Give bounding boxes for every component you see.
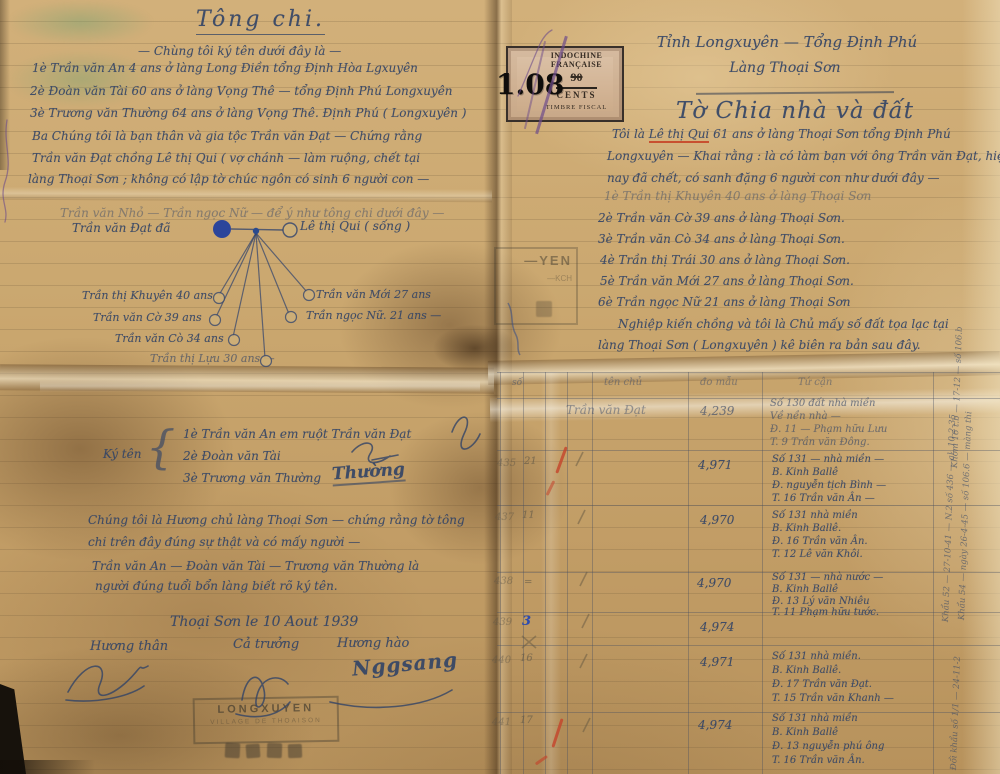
signature-huong-than xyxy=(66,666,148,701)
row7-desc-4: T. 16 Trần văn Ân. xyxy=(772,755,865,766)
row3-desc-3: Đ. 16 Trần văn Ân. xyxy=(772,536,868,547)
row2-sub: 21 xyxy=(524,456,537,467)
body-line-3: làng Thoại Sơn ; không có lập tờ chúc ng… xyxy=(28,172,429,186)
pencil-tick-5 xyxy=(580,654,587,668)
row6-desc-4: T. 15 Trần văn Khanh — xyxy=(772,693,894,704)
left-page-title: Tông chi. xyxy=(196,7,325,35)
row4-desc-2: B. Kinh Ballê xyxy=(772,584,838,595)
row7-desc-3: Đ. 13 nguyễn phú ông xyxy=(772,741,884,752)
child-line-6: 6è Trần ngọc Nữ 21 ans ở làng Thoại Sơn xyxy=(598,295,851,309)
diagram-spouse-line xyxy=(231,229,283,230)
right-page-title: Tờ Chia nhà và đất xyxy=(630,98,960,124)
row3-area: 4,970 xyxy=(700,513,734,527)
table-vline-1 xyxy=(500,372,501,774)
signatory-line-3: 3è Trương văn Thường 64 ans ở làng Vọng … xyxy=(30,106,466,120)
tape-glare-left xyxy=(40,380,480,392)
row2-desc-1: Số 131 — nhà miền — xyxy=(772,454,884,465)
crease-left-upper xyxy=(0,187,492,203)
table-vline-4 xyxy=(567,372,568,774)
certify-line-1: Chúng tôi là Hương chủ làng Thoại Sơn — … xyxy=(88,513,465,527)
ky-ten-item-1: 1è Trần văn An em ruột Trần văn Đạt xyxy=(183,427,411,441)
diagram-junction-dot xyxy=(253,228,259,234)
date-line: Thoại Sơn le 10 Aout 1939 xyxy=(170,614,358,630)
row5-no: 439 xyxy=(493,617,512,628)
partial-stamp-glyph xyxy=(536,301,552,317)
row4-sub: = xyxy=(524,577,532,588)
diagram-child-khuyen: Trần thị Khuyên 40 ans xyxy=(82,289,213,302)
body-line-4: Trần văn Nhỏ — Trần ngọc Nữ — để ý như t… xyxy=(60,206,444,220)
diagram-child-circle-5 xyxy=(304,290,315,301)
certify-line-2: chi trên đây đúng sự thật và có mấy ngườ… xyxy=(88,535,360,549)
pencil-tick-1 xyxy=(576,452,583,466)
table-vline-7 xyxy=(762,372,763,774)
tape-glare-vertical xyxy=(541,372,561,774)
signatory-line-1: 1è Trần văn An 4 ans ở làng Long Điền tổ… xyxy=(32,61,418,75)
child-line-3: 3è Trần văn Cò 34 ans ở làng Thoại Sơn. xyxy=(598,232,845,246)
right-header-province: Tỉnh Longxuyên — Tổng Định Phú xyxy=(612,33,962,51)
diagram-mother-circle xyxy=(283,223,297,237)
table-header-no: số xyxy=(512,378,522,388)
pencil-tick-6 xyxy=(583,718,590,732)
village-stamp-line1: LONGXUYEN xyxy=(195,702,337,716)
official-huong-than: Hương thân xyxy=(90,639,168,654)
row6-desc-3: Đ. 17 Trần văn Đạt. xyxy=(772,679,872,690)
diagram-child-circle-6 xyxy=(286,312,297,323)
declaration-line-1-pre: Tôi là xyxy=(612,127,649,141)
ink-paraph xyxy=(452,417,480,449)
right-header-village: Làng Thoại Sơn xyxy=(665,60,905,76)
diagram-mother-label: Lê thị Qui ( sống ) xyxy=(300,219,410,233)
pencil-x-mark xyxy=(522,636,536,648)
ky-ten-label: Ký tên xyxy=(103,447,141,461)
signature-thuong: Thường xyxy=(331,459,405,486)
partial-stamp-fold: —YEN —KCH xyxy=(494,247,578,325)
table-hline-3 xyxy=(497,505,1000,506)
village-stamp: LONGXUYEN VILLAGE DE THOAISON xyxy=(193,696,340,745)
diagram-child-nu: Trần ngọc Nữ. 21 ans — xyxy=(306,309,441,322)
table-vline-5 xyxy=(592,372,593,774)
row2-desc-4: T. 16 Trần văn Ân — xyxy=(772,493,875,504)
purple-edge-scribble xyxy=(3,120,8,222)
table-header-bounds: Tứ cận xyxy=(798,377,832,388)
ky-ten-brace: { xyxy=(146,420,175,474)
body-line-2: Trần văn Đạt chồng Lê thị Qui ( vợ chánh… xyxy=(32,151,420,165)
ky-ten-item-2: 2è Đoàn văn Tài xyxy=(183,449,281,463)
row2-area: 4,971 xyxy=(698,458,732,472)
diagram-line-khuyen xyxy=(219,233,256,295)
signature-flourish xyxy=(330,690,452,707)
row3-desc-1: Số 131 nhà miền xyxy=(772,510,858,521)
diagram-child-co39: Trần văn Cờ 39 ans xyxy=(93,311,202,324)
certify-line-3: Trần văn An — Đoàn văn Tài — Trương văn … xyxy=(92,559,419,573)
row4-desc-1: Số 131 — nhà nước — xyxy=(772,572,883,583)
row4-desc-4: T. 11 Phạm hữu tước. xyxy=(772,607,879,618)
row3-desc-4: T. 12 Lê văn Khôi. xyxy=(772,549,863,560)
body-line-1: Ba Chúng tôi là bạn thân và gia tộc Trần… xyxy=(32,129,422,143)
row6-desc-1: Số 131 nhà miền. xyxy=(772,651,861,662)
row3-desc-2: B. Kinh Ballê. xyxy=(772,523,841,534)
table-hline-2 xyxy=(497,450,1000,451)
table-vline-3 xyxy=(545,372,546,774)
row5-area: 4,974 xyxy=(700,620,734,634)
row7-area: 4,974 xyxy=(698,718,732,732)
row2-desc-2: B. Kinh Ballê xyxy=(772,467,838,478)
document-scan: Tông chi. — Chùng tôi ký tên dưới đây là… xyxy=(0,0,1000,774)
diagram-line-co34 xyxy=(233,233,256,337)
diagram-line-moi xyxy=(256,233,307,292)
row7-desc-1: Số 131 nhà miền xyxy=(772,713,858,724)
row7-sub: 17 xyxy=(520,715,533,726)
horizontal-fold-left xyxy=(0,364,494,393)
green-seal-residue-1 xyxy=(8,0,153,45)
declaration-line-1-post: 61 ans ở làng Thoại Sơn tổng Định Phú xyxy=(709,127,950,141)
official-huong-hao: Hương hào xyxy=(337,636,409,651)
seal-glyph-4 xyxy=(288,744,302,758)
pencil-tick-4 xyxy=(582,614,589,628)
margin-note-2: Khẩu 52 — 27-10-41 — N.2 số 436 — al. 10… xyxy=(941,414,958,622)
row4-area: 4,970 xyxy=(697,576,731,590)
row1-desc-1: Số 130 đất nhà miền xyxy=(770,398,875,409)
table-vline-8 xyxy=(933,372,934,774)
table-hline-5 xyxy=(497,612,1000,613)
table-vline-2 xyxy=(523,372,524,774)
row1-desc-4: T. 9 Trần văn Đông. xyxy=(770,437,870,448)
declarant-name: Lê thị Qui xyxy=(649,127,710,143)
closing-line-2: làng Thoại Sơn ( Longxuyên ) kê biên ra … xyxy=(598,338,921,352)
signature-nggsang: Nggsang xyxy=(351,647,459,680)
row4-desc-3: Đ. 13 Lý văn Nhiêu xyxy=(772,596,870,607)
certify-line-4: người đúng tuổi bổn làng biết rõ ký tên. xyxy=(95,579,338,593)
diagram-father-dot xyxy=(213,220,231,238)
child-line-1: 1è Trần thị Khuyên 40 ans ở làng Thoại S… xyxy=(604,189,871,203)
margin-note-4: Đổi khẩu số 1/1 — 24-11-2 xyxy=(949,656,963,770)
table-hline-top xyxy=(497,372,1000,373)
seal-characters xyxy=(225,743,315,761)
partial-stamp-line1: —YEN xyxy=(496,249,576,268)
table-hline-1 xyxy=(497,398,1000,399)
row4-no: 438 xyxy=(494,576,513,587)
diagram-child-moi: Trần văn Mới 27 ans xyxy=(316,288,431,301)
row7-desc-2: B. Kinh Ballê xyxy=(772,727,838,738)
fiscal-country-1: INDOCHINE xyxy=(534,51,619,60)
row3-no: 437 xyxy=(495,512,514,523)
diagram-father-label: Trần văn Đạt đã xyxy=(72,221,170,235)
row6-no: 440 xyxy=(492,655,511,666)
diagram-child-circle-3 xyxy=(229,335,240,346)
left-intro-line: — Chùng tôi ký tên dưới đây là — xyxy=(138,44,341,58)
table-hline-4 xyxy=(497,572,1000,573)
row1-area: 4,239 xyxy=(700,404,734,418)
diagram-child-circle-2 xyxy=(210,315,221,326)
green-seal-residue-2 xyxy=(6,50,156,108)
row6-sub: 16 xyxy=(520,653,533,664)
right-edge-light xyxy=(962,0,1000,774)
header-rule xyxy=(696,91,894,95)
fiscal-stamp: INDOCHINE FRANÇAISE 90 CENTS TIMBRE FISC… xyxy=(506,46,624,122)
child-line-2: 2è Trần văn Cờ 39 ans ở làng Thoại Sơn. xyxy=(598,211,845,225)
child-line-4: 4è Trần thị Trái 30 ans ở làng Thoại Sơn… xyxy=(600,253,850,267)
declaration-line-3: nay đã chết, có sanh đặng 6 người con nh… xyxy=(607,171,939,185)
row6-area: 4,971 xyxy=(700,655,734,669)
diagram-line-co39 xyxy=(216,233,256,317)
diagram-line-nu xyxy=(256,233,289,314)
official-ca-truong: Cả trưởng xyxy=(233,637,299,652)
row3-sub: 11 xyxy=(522,510,535,521)
child-line-5: 5è Trần văn Mới 27 ans ở làng Thoại Sơn. xyxy=(600,274,854,288)
horizontal-fold-right xyxy=(488,351,1000,385)
row1-owner-name: Trần văn Đạt xyxy=(566,403,646,417)
declaration-line-1: Tôi là Lê thị Qui 61 ans ở làng Thoại Sơ… xyxy=(612,127,951,141)
bottom-edge-shadow xyxy=(0,760,95,774)
diagram-child-circle-1 xyxy=(214,293,225,304)
red-mark-2 xyxy=(546,480,555,495)
row6-desc-2: B. Kinh Ballê. xyxy=(772,665,841,676)
top-left-edge-shadow xyxy=(0,0,10,170)
table-header-area: đo mẫu xyxy=(700,377,738,388)
partial-stamp-line2: —KCH xyxy=(496,268,576,283)
corner-dark-bottom-left xyxy=(0,684,26,774)
pencil-tick-3 xyxy=(580,572,587,586)
ky-ten-item-3: 3è Trương văn Thường xyxy=(183,471,321,485)
closing-line-1: Nghiệp kiến chồng và tôi là Chủ mấy số đ… xyxy=(618,317,949,331)
row7-no: 441 xyxy=(492,717,511,728)
row5-sub: 3 xyxy=(522,614,531,629)
red-mark-3 xyxy=(551,718,563,747)
seal-glyph-1 xyxy=(225,743,241,759)
pencil-tick-2 xyxy=(578,510,585,524)
table-header-name: tên chủ xyxy=(604,377,642,388)
seal-glyph-2 xyxy=(246,744,261,759)
row2-no: 435 xyxy=(497,458,516,469)
seal-glyph-3 xyxy=(267,743,283,759)
row1-desc-2: Về nền nhà — xyxy=(770,411,841,422)
village-stamp-line2: VILLAGE DE THOAISON xyxy=(195,717,337,726)
declaration-line-2: Longxuyên — Khai rằng : là có làm bạn vớ… xyxy=(607,149,1000,163)
row1-desc-3: Đ. 11 — Phạm hữu Lưu xyxy=(770,424,887,435)
table-hline-6 xyxy=(497,645,1000,646)
signatory-line-2: 2è Đoàn văn Tài 60 ans ở làng Vọng Thê —… xyxy=(30,84,453,98)
row2-desc-3: Đ. nguyễn tịch Bình — xyxy=(772,480,886,491)
diagram-child-luu: Trần thị Lựu 30 ans — xyxy=(150,352,275,365)
diagram-line-luu xyxy=(256,233,265,358)
diagram-child-co34: Trần văn Cò 34 ans xyxy=(115,332,224,345)
table-hline-7 xyxy=(497,712,1000,713)
table-vline-6 xyxy=(688,372,689,774)
